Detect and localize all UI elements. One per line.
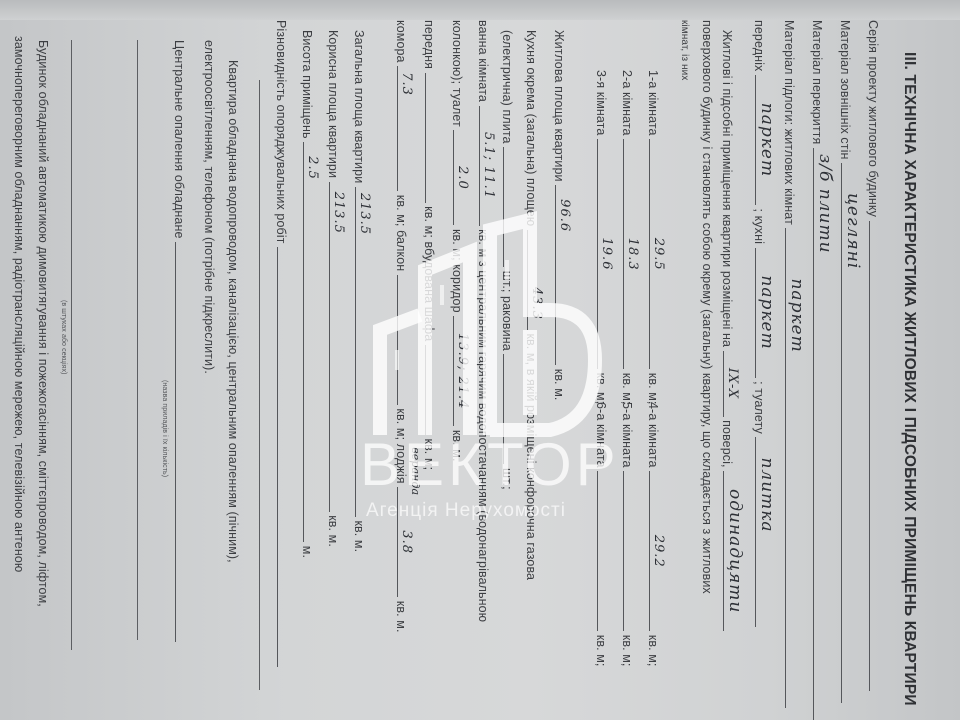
toilet-label: ; туалету [752, 381, 766, 434]
useful-area-unit: кв. м. [326, 515, 340, 547]
wardrobe-label: кв. м; вбудована шафа [422, 206, 436, 341]
heating-label: Центральне опалення обладнане [172, 40, 186, 239]
kitchen-area-field: 43.3 [527, 230, 542, 330]
room-3-value: 19.6 [599, 139, 614, 369]
placement-text-4: кімнат, із них [679, 20, 690, 80]
sink-field [503, 354, 518, 464]
storage-label: комора [394, 20, 408, 63]
room-3-label: 3-я кімната [594, 70, 608, 135]
room-2-value: 18.3 [625, 139, 640, 369]
placement-text-2: поверсі, [720, 420, 734, 467]
room-1-unit: кв. м; [646, 373, 660, 405]
room-5-field [623, 471, 638, 631]
loggia-label: кв. м; лоджія [394, 408, 408, 483]
building-text-2: замочнопереговорним обладнанням, радіотр… [12, 36, 26, 572]
height-field: 2.5 [303, 142, 318, 542]
kitchen-area-label: Кухня окрема (загальна) площею [524, 30, 538, 226]
total-area-label: Загальна площа квартири [352, 30, 366, 183]
room-4-field: 29.2 [649, 471, 664, 631]
toilet-floor-field: плитка [755, 437, 770, 627]
ceiling-label: Матеріал перекриття [810, 20, 824, 144]
stove-field [503, 147, 518, 267]
wardrobe-field [425, 345, 440, 435]
wc-label: колонкою); туалет [450, 20, 464, 127]
placement-text-3: поверхового будинку і становлять собою о… [700, 20, 714, 594]
floor-label: Матеріал підлоги: житлових кімнат [782, 20, 796, 225]
building-floors-field: одинадцяти [723, 471, 738, 631]
document-page: III. ТЕХНІЧНА ХАРАКТЕРИСТИКА ЖИТЛОВИХ І … [0, 0, 960, 720]
hallway-row: передня кв. м; вбудована шафа кв. м; [422, 20, 440, 470]
floor-row: Матеріал підлоги: житлових кімнат паркет [782, 20, 800, 708]
height-label: Висота приміщень [300, 30, 314, 139]
living-area-unit: кв. м. [552, 369, 566, 401]
room-2-field: 18.3 [623, 139, 638, 369]
height-row: Висота приміщень 2.5 м. [300, 30, 318, 558]
series-row: Серія проекту житлового будинку [866, 20, 884, 691]
useful-area-label: Корисна площа квартири [326, 30, 340, 178]
building-floors-value: одинадцяти [725, 471, 745, 631]
floors-field: IX-X [723, 351, 738, 417]
finishing-row: Різновидність опоряджувальних робіт [274, 20, 292, 667]
room-4-label: 4-а кімната [646, 402, 660, 468]
stove-label: (електрична) плита [500, 30, 514, 144]
sections-hint: (в штуках або секціях) [60, 300, 67, 375]
balcony-field [397, 275, 412, 405]
height-unit: м. [300, 546, 314, 558]
total-area-row: Загальна площа квартири 213.5 кв. м. [352, 30, 370, 552]
floor-row-2: передніх паркет ; кухні паркет ; туалету… [752, 20, 770, 627]
heating-row: Центральне опалення обладнане [172, 40, 190, 642]
room-6-label: 6-а кімната [594, 402, 608, 468]
room-5-label: 5-а кімната [620, 402, 634, 468]
useful-area-field: 213.5 [329, 182, 344, 512]
wc-row: колонкою); туалет 2.0 кв. м; коридор 13.… [450, 20, 468, 462]
ceiling-row: Матеріал перекриття з/б плити [810, 20, 828, 720]
storage-field: 7.3 [397, 66, 412, 191]
sink-suffix: шт.; [500, 468, 514, 490]
equipment-text-2: електроосвітленням, телефоном (потрібне … [202, 40, 216, 374]
walls-label: Матеріал зовнішніх стін [838, 20, 852, 159]
hallway-field [425, 73, 440, 203]
balcony-label: кв. м; балкон [394, 195, 408, 271]
kitchen-floor-value: паркет [757, 248, 777, 378]
hall-label: передніх [752, 20, 766, 71]
room-1-label: 1-а кімната [646, 70, 660, 136]
total-area-value: 213.5 [357, 187, 372, 517]
placement-row: Житлові і підсобні приміщення квартири р… [720, 30, 738, 631]
living-area-value: 96.6 [557, 185, 572, 365]
kitchen-floor-field: паркет [755, 248, 770, 378]
ceiling-value: з/б плити [815, 148, 835, 720]
finishing-extra-line [259, 80, 260, 690]
living-area-label: Житлова площа квартири [552, 30, 566, 182]
kitchen-area-row: Кухня окрема (загальна) площею 43.3 кв. … [524, 30, 542, 580]
walls-row: Матеріал зовнішніх стін цегляні [838, 20, 856, 703]
room-4-value: 29.2 [651, 471, 666, 631]
building-text-1: Будинок обладнаний автоматикою димовитяг… [36, 40, 50, 607]
corridor-unit: кв. м. [450, 430, 464, 462]
room-3-unit: кв. м; [594, 373, 608, 405]
room-6: 6-а кімната кв. м; [594, 402, 612, 667]
room-5-unit: кв. м; [620, 635, 634, 667]
height-value: 2.5 [305, 142, 320, 542]
room-2-unit: кв. м; [620, 373, 634, 405]
wardrobe-unit: кв. м; [422, 439, 436, 471]
loggia-field: 3.8 [397, 487, 412, 597]
sections-line [71, 40, 72, 650]
walls-field: цегляні [841, 163, 856, 703]
bathroom-value: 5.1; 11.1 [481, 106, 496, 226]
corridor-label: кв. м; коридор [450, 229, 464, 313]
total-area-field: 213.5 [355, 187, 370, 517]
floors-value: IX-X [725, 351, 740, 417]
room-1-field: 29.5 [649, 139, 664, 369]
sink-label: шт.; раковина [500, 271, 514, 351]
kitchen-area-value: 43.3 [529, 230, 544, 330]
room-4: 4-а кімната 29.2 кв. м; [646, 402, 664, 667]
loggia-unit: кв. м. [394, 601, 408, 633]
wc-value: 2.0 [455, 130, 470, 225]
stove-row: (електрична) плита шт.; раковина шт.; [500, 30, 518, 490]
storage-row: комора 7.3 кв. м; балкон кв. м; лоджія в… [394, 20, 412, 633]
useful-area-value: 213.5 [331, 182, 346, 512]
kitchen-label: ; кухні [752, 209, 766, 244]
series-field [869, 221, 884, 691]
heating-hint: (назва приладів і їх кількість) [161, 380, 168, 477]
section-title: III. ТЕХНІЧНА ХАРАКТЕРИСТИКА ЖИТЛОВИХ І … [900, 52, 918, 706]
equipment-text-1: Квартира обладнана водопроводом, каналіз… [226, 60, 240, 563]
heating-extra-line [137, 40, 138, 640]
room-3-field: 19.6 [597, 139, 612, 369]
walls-value: цегляні [843, 163, 863, 703]
floor-rooms-value: паркет [787, 228, 807, 708]
finishing-field [277, 247, 292, 667]
series-label: Серія проекту житлового будинку [866, 20, 880, 217]
hall-value: паркет [757, 75, 777, 205]
room-2-label: 2-а кімната [620, 70, 634, 136]
hallway-label: передня [422, 20, 436, 69]
room-6-field [597, 471, 612, 631]
room-3: 3-я кімната 19.6 кв. м; [594, 70, 612, 404]
bathroom-label: ванна кімната [476, 20, 490, 102]
useful-area-row: Корисна площа квартири 213.5 кв. м. [326, 30, 344, 547]
heating-field [175, 242, 190, 642]
living-area-field: 96.6 [555, 185, 570, 365]
placement-text-1: Житлові і підсобні приміщення квартири р… [720, 30, 734, 347]
floor-rooms-field: паркет [785, 228, 800, 708]
hall-field: паркет [755, 75, 770, 205]
toilet-floor-value: плитка [757, 437, 777, 627]
total-area-unit: кв. м. [352, 520, 366, 552]
finishing-label: Різновидність опоряджувальних робіт [274, 20, 288, 244]
loggia-value: 3.8 [399, 487, 414, 597]
room-2: 2-а кімната 18.3 кв. м; [620, 70, 638, 405]
kitchen-area-suffix: кв. м, в якій розміщені конфорочна газов… [524, 333, 538, 580]
room-4-unit: кв. м; [646, 635, 660, 667]
bathroom-field: 5.1; 11.1 [479, 106, 494, 226]
wc-field: 2.0 [453, 130, 468, 225]
room-6-unit: кв. м; [594, 635, 608, 667]
storage-value: 7.3 [399, 66, 414, 191]
room-5: 5-а кімната кв. м; [620, 402, 638, 667]
bathroom-suffix: кв. м з центральним гарячим водопостачан… [476, 229, 490, 622]
living-area-row: Житлова площа квартири 96.6 кв. м. [552, 30, 570, 400]
room-1-value: 29.5 [651, 139, 666, 369]
corridor-field: 13.9; 21.4 [453, 316, 468, 426]
room-1: 1-а кімната 29.5 кв. м; [646, 70, 664, 405]
ceiling-field: з/б плити [813, 148, 828, 720]
corridor-value: 13.9; 21.4 [455, 316, 470, 426]
bathroom-row: ванна кімната 5.1; 11.1 кв. м з централь… [476, 20, 494, 622]
